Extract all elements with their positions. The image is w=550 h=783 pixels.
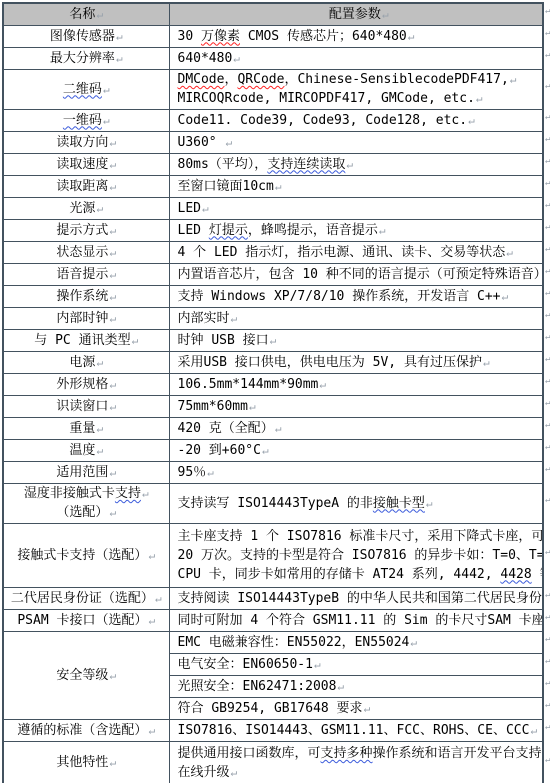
row-value: 内置语音芯片，包含 10 种不同的语言提示（可预定特殊语音）↵: [169, 263, 543, 285]
text-line: PSAM 卡接口（选配）↵: [7, 611, 166, 630]
pilcrow-mark: ↵: [262, 444, 269, 457]
pilcrow-mark: ↵: [468, 114, 475, 127]
row-end-mark: ↵: [545, 289, 550, 298]
row-label: 安全等级↵: [3, 631, 169, 719]
text-line: 420 克（全配）↵: [178, 419, 541, 438]
text-segment: LED: [178, 223, 209, 238]
row-end-mark: ↵: [545, 7, 550, 16]
text-segment: 同时可附加 4 个符合 GSM11.11 的 Sim 的卡尺寸SAM 卡座: [178, 613, 544, 628]
row-value: 主卡座支持 1 个 ISO7816 标准卡尺寸，采用下降式卡座，可使用20 万次…: [169, 523, 543, 587]
spellcheck-red-text: 万像素: [201, 29, 240, 44]
row-end-mark: ↵: [545, 245, 550, 254]
table-row: 最大分辨率↵640*480↵: [3, 47, 543, 69]
row-end-mark: ↵: [545, 29, 550, 38]
row-end-mark: ↵: [545, 113, 550, 122]
spellcheck-blue-text: 灯提示: [209, 223, 248, 238]
pilcrow-mark: ↵: [408, 30, 415, 43]
row-label: 一维码↵: [3, 109, 169, 131]
row-value: 640*480↵: [169, 47, 543, 69]
row-label: 二代居民身份证（选配）↵: [3, 587, 169, 609]
text-segment: 内部实时: [178, 311, 230, 326]
text-segment: 提示方式: [56, 223, 108, 238]
text-segment: 状态显示: [56, 245, 108, 260]
text-segment: 4 个 LED 指示灯，指示电源、通讯、读卡、交易等状态: [178, 245, 506, 260]
text-line: 安全等级↵: [7, 666, 166, 685]
text-line: 支持 Windows XP/7/8/10 操作系统，开发语言 C++↵: [178, 287, 541, 306]
text-line: 操作系统↵: [7, 287, 166, 306]
pilcrow-mark: ↵: [155, 592, 162, 605]
pilcrow-mark: ↵: [142, 487, 149, 500]
pilcrow-mark: ↵: [96, 422, 103, 435]
pilcrow-mark: ↵: [109, 506, 116, 519]
text-line: 状态显示↵: [7, 243, 166, 262]
table-row: 二维码↵DMCode，QRCode，Chinese-SensiblecodePD…: [3, 69, 543, 109]
text-line: 电气安全：EN60650-1↵: [178, 655, 541, 674]
text-line: 适用范围↵: [7, 463, 166, 482]
row-label: 图像传感器↵: [3, 25, 169, 47]
text-segment: 读取速度: [56, 157, 108, 172]
text-segment: 电源: [69, 355, 95, 370]
text-line: 读取距离↵: [7, 177, 166, 196]
pilcrow-mark: ↵: [410, 636, 417, 649]
column-header-name: 名称↵: [3, 3, 169, 25]
text-segment: 最大分辨率: [50, 51, 115, 66]
pilcrow-mark: ↵: [530, 724, 537, 737]
text-line: ISO7816、ISO14443、GSM11.11、FCC、ROHS、CE、CC…: [178, 721, 541, 740]
text-segment: 读取距离: [56, 179, 108, 194]
text-line: 遵循的标准（含选配）↵: [7, 721, 166, 740]
row-label: 提示方式↵: [3, 219, 169, 241]
row-end-mark: ↵: [545, 355, 550, 364]
row-value: 提供通用接口函数库，可支持多种操作系统和语言开发平台支持在线升级↵: [169, 741, 543, 783]
table-row: 安全等级↵EMC 电磁兼容性：EN55022，EN55024↵: [3, 631, 543, 653]
pilcrow-mark: ↵: [346, 158, 353, 171]
text-line: 提示方式↵: [7, 221, 166, 240]
text-line: 图像传感器↵: [7, 27, 166, 46]
pilcrow-mark: ↵: [270, 334, 277, 347]
text-line: LED↵: [178, 199, 541, 218]
text-line: 名称↵: [7, 5, 166, 24]
table-row: 读取速度↵80ms（平均），支持连续读取↵: [3, 153, 543, 175]
row-label: 重量↵: [3, 417, 169, 439]
text-segment: 支持阅读 ISO14443TypeB 的中华人民共和国第二代居民身份证卡: [178, 591, 544, 606]
row-value: 95％↵: [169, 461, 543, 483]
text-line: 支持阅读 ISO14443TypeB 的中华人民共和国第二代居民身份证卡↵: [178, 589, 541, 608]
text-segment: Code11. Code39, Code93, Code128, etc.: [178, 113, 468, 128]
text-line: MIRCOQRcode, MIRCOPDF417, GMCode, etc.↵: [178, 89, 541, 108]
row-end-mark: ↵: [545, 756, 550, 765]
text-segment: 95％: [178, 465, 207, 480]
row-value: ISO7816、ISO14443、GSM11.11、FCC、ROHS、CE、CC…: [169, 719, 543, 741]
text-segment: 20 万次。支持的卡型是符合 ISO7816 的异步卡如：T=0、T=1 的: [178, 548, 544, 563]
row-value: 电气安全：EN60650-1↵: [169, 653, 543, 675]
row-label: 语音提示↵: [3, 263, 169, 285]
row-label: 读取距离↵: [3, 175, 169, 197]
table-row: 二代居民身份证（选配）↵支持阅读 ISO14443TypeB 的中华人民共和国第…: [3, 587, 543, 609]
spellcheck-red-text: DMCode: [178, 72, 225, 87]
text-segment: MIRCOQRcode, MIRCOPDF417, GMCode, etc.: [178, 91, 475, 106]
table-row: 其他特性↵提供通用接口函数库，可支持多种操作系统和语言开发平台支持在线升级↵: [3, 741, 543, 783]
text-segment: 与 PC 通讯类型: [34, 333, 130, 348]
row-label: 接触式卡支持（选配）↵: [3, 523, 169, 587]
pilcrow-mark: ↵: [109, 180, 116, 193]
row-value: 同时可附加 4 个符合 GSM11.11 的 Sim 的卡尺寸SAM 卡座↵: [169, 609, 543, 631]
row-label: 光源↵: [3, 197, 169, 219]
row-label: 适用范围↵: [3, 461, 169, 483]
pilcrow-mark: ↵: [233, 52, 240, 65]
pilcrow-mark: ↵: [96, 8, 103, 21]
text-line: 内部时钟↵: [7, 309, 166, 328]
pilcrow-mark: ↵: [314, 658, 321, 671]
row-value: 420 克（全配）↵: [169, 417, 543, 439]
row-end-mark: ↵: [545, 421, 550, 430]
text-line: 至窗口镜面10cm↵: [178, 177, 541, 196]
row-end-mark: ↵: [545, 701, 550, 710]
row-label: 读取方向↵: [3, 131, 169, 153]
row-end-mark: ↵: [545, 443, 550, 452]
row-end-mark: ↵: [545, 679, 550, 688]
pilcrow-mark: ↵: [109, 312, 116, 325]
text-line: 识读窗口↵: [7, 397, 166, 416]
text-line: 106.5mm*144mm*90mm↵: [178, 375, 541, 394]
table-row: 外形规格↵106.5mm*144mm*90mm↵: [3, 373, 543, 395]
text-segment: LED: [178, 201, 201, 216]
text-segment: 至窗口镜面10cm: [178, 179, 274, 194]
row-label: 操作系统↵: [3, 285, 169, 307]
pilcrow-mark: ↵: [275, 180, 282, 193]
text-line: 外形规格↵: [7, 375, 166, 394]
pilcrow-mark: ↵: [275, 422, 282, 435]
text-segment: 配置参数: [329, 7, 381, 22]
row-value: 至窗口镜面10cm↵: [169, 175, 543, 197]
pilcrow-mark: ↵: [382, 8, 389, 21]
text-line: 采用USB 接口供电，供电电压为 5V, 具有过压保护↵: [178, 353, 541, 372]
table-row: 识读窗口↵75mm*60mm↵: [3, 395, 543, 417]
row-label: PSAM 卡接口（选配）↵: [3, 609, 169, 631]
row-value: 时钟 USB 接口↵: [169, 329, 543, 351]
text-line: 电源↵: [7, 353, 166, 372]
text-segment: 操作系统: [56, 289, 108, 304]
pilcrow-mark: ↵: [148, 724, 155, 737]
table-row: 湿度非接触式卡支持↵（选配）↵支持读写 ISO14443TypeA 的非接触卡型…: [3, 483, 543, 523]
page: { "meta": { "pilcrow": "↵", "colors": { …: [0, 0, 550, 783]
text-segment: 内置语音芯片，包含 10 种不同的语言提示（可预定特殊语音）: [178, 267, 544, 282]
table-row: 温度↵-20 到+60°C↵: [3, 439, 543, 461]
text-segment: 内部时钟: [56, 311, 108, 326]
text-line: 提供通用接口函数库，可支持多种操作系统和语言开发平台支持: [178, 744, 541, 763]
row-value: EMC 电磁兼容性：EN55022，EN55024↵: [169, 631, 543, 653]
table-row: 一维码↵Code11. Code39, Code93, Code128, etc…: [3, 109, 543, 131]
pilcrow-mark: ↵: [319, 378, 326, 391]
row-end-mark: ↵: [545, 51, 550, 60]
pilcrow-mark: ↵: [483, 356, 490, 369]
row-label: 温度↵: [3, 439, 169, 461]
text-segment: 重量: [69, 421, 95, 436]
row-end-mark: ↵: [545, 548, 550, 557]
spellcheck-red-text: QRCode: [237, 72, 284, 87]
column-header-value: 配置参数↵: [169, 3, 543, 25]
row-label: 内部时钟↵: [3, 307, 169, 329]
text-line: -20 到+60°C↵: [178, 441, 541, 460]
text-segment: 80ms（平均），: [178, 157, 268, 172]
text-line: CPU 卡，同步卡如常用的存储卡 AT24 系列, 4442, 4428 等卡型…: [178, 565, 541, 584]
row-end-mark: ↵: [545, 223, 550, 232]
pilcrow-mark: ↵: [109, 158, 116, 171]
spellcheck-blue-text: 支持多种: [321, 746, 373, 761]
text-line: 与 PC 通讯类型↵: [7, 331, 166, 350]
text-segment: 在线升级: [178, 765, 230, 780]
pilcrow-mark: ↵: [109, 756, 116, 769]
pilcrow-mark: ↵: [379, 224, 386, 237]
text-segment: 湿度非接触式卡: [24, 486, 115, 501]
row-end-mark: ↵: [545, 613, 550, 622]
text-segment: U360°: [178, 135, 225, 150]
row-value: 支持 Windows XP/7/8/10 操作系统，开发语言 C++↵: [169, 285, 543, 307]
table-row: 图像传感器↵30 万像素 CMOS 传感芯片；640*480↵: [3, 25, 543, 47]
spellcheck-blue-text: 二维码: [63, 82, 102, 97]
row-end-mark: ↵: [545, 635, 550, 644]
row-end-mark: ↵: [545, 311, 550, 320]
text-line: 内部实时↵: [178, 309, 541, 328]
table-row: 状态显示↵4 个 LED 指示灯，指示电源、通讯、读卡、交易等状态↵: [3, 241, 543, 263]
row-end-mark: ↵: [545, 201, 550, 210]
text-line: 二代居民身份证（选配）↵: [7, 589, 166, 608]
row-end-mark: ↵: [545, 399, 550, 408]
text-segment: 电气安全：EN60650-1: [178, 657, 313, 672]
text-segment: 支持 Windows XP/7/8/10 操作系统，开发语言 C++: [178, 289, 501, 304]
pilcrow-mark: ↵: [207, 466, 214, 479]
row-end-mark: ↵: [545, 267, 550, 276]
row-value: LED↵: [169, 197, 543, 219]
pilcrow-mark: ↵: [109, 669, 116, 682]
text-segment: 接触式卡支持（选配）: [17, 548, 147, 563]
table-row: 读取方向↵U360° ↵: [3, 131, 543, 153]
row-value: 光照安全：EN62471:2008↵: [169, 675, 543, 697]
row-end-mark: ↵: [545, 179, 550, 188]
pilcrow-mark: ↵: [96, 356, 103, 369]
table-row: 内部时钟↵内部实时↵: [3, 307, 543, 329]
table-row: 重量↵420 克（全配）↵: [3, 417, 543, 439]
row-end-mark: ↵: [545, 135, 550, 144]
text-line: 30 万像素 CMOS 传感芯片；640*480↵: [178, 27, 541, 46]
table-row: 操作系统↵支持 Windows XP/7/8/10 操作系统，开发语言 C++↵: [3, 285, 543, 307]
text-line: 内置语音芯片，包含 10 种不同的语言提示（可预定特殊语音）↵: [178, 265, 541, 284]
pilcrow-mark: ↵: [109, 378, 116, 391]
text-line: 主卡座支持 1 个 ISO7816 标准卡尺寸，采用下降式卡座，可使用: [178, 527, 541, 546]
table-row: 光源↵LED↵: [3, 197, 543, 219]
text-segment: 温度: [69, 443, 95, 458]
text-segment: 时钟 USB 接口: [178, 333, 269, 348]
document-page: 名称↵配置参数↵图像传感器↵30 万像素 CMOS 传感芯片；640*480↵最…: [0, 0, 550, 783]
pilcrow-mark: ↵: [132, 334, 139, 347]
text-line: 湿度非接触式卡支持↵: [7, 484, 166, 503]
text-segment: 操作系统和语言开发平台支持: [373, 746, 542, 761]
text-line: 配置参数↵: [178, 5, 541, 24]
row-value: 支持读写 ISO14443TypeA 的非接触卡型↵: [169, 483, 543, 523]
text-line: 语音提示↵: [7, 265, 166, 284]
row-label: 二维码↵: [3, 69, 169, 109]
table-row: 电源↵采用USB 接口供电，供电电压为 5V, 具有过压保护↵: [3, 351, 543, 373]
pilcrow-mark: ↵: [149, 614, 156, 627]
pilcrow-mark: ↵: [337, 680, 344, 693]
pilcrow-mark: ↵: [109, 136, 116, 149]
table-row: 适用范围↵95％↵: [3, 461, 543, 483]
spellcheck-blue-text: 接触卡型: [373, 496, 425, 511]
row-value: 符合 GB9254, GB17648 要求↵: [169, 697, 543, 719]
row-value: 106.5mm*144mm*90mm↵: [169, 373, 543, 395]
row-end-mark: ↵: [545, 723, 550, 732]
table-row: 接触式卡支持（选配）↵主卡座支持 1 个 ISO7816 标准卡尺寸，采用下降式…: [3, 523, 543, 587]
pilcrow-mark: ↵: [476, 92, 483, 105]
spec-table-body: 名称↵配置参数↵图像传感器↵30 万像素 CMOS 传感芯片；640*480↵最…: [3, 3, 543, 783]
spellcheck-blue-text: 支持: [115, 486, 141, 501]
row-end-mark: ↵: [545, 82, 550, 91]
text-segment: 图像传感器: [50, 29, 115, 44]
pilcrow-mark: ↵: [109, 466, 116, 479]
row-value: 30 万像素 CMOS 传感芯片；640*480↵: [169, 25, 543, 47]
pilcrow-mark: ↵: [506, 246, 513, 259]
row-value: 80ms（平均），支持连续读取↵: [169, 153, 543, 175]
pilcrow-mark: ↵: [364, 702, 371, 715]
text-line: 95％↵: [178, 463, 541, 482]
text-segment: 提供通用接口函数库，可: [178, 746, 321, 761]
text-segment: 适用范围: [56, 465, 108, 480]
pilcrow-mark: ↵: [502, 290, 509, 303]
pilcrow-mark: ↵: [103, 114, 110, 127]
row-label: 最大分辨率↵: [3, 47, 169, 69]
spellcheck-blue-text: 支持连续读取: [267, 157, 345, 172]
row-end-mark: ↵: [545, 377, 550, 386]
row-value: DMCode，QRCode，Chinese-SensiblecodePDF417…: [169, 69, 543, 109]
text-line: DMCode，QRCode，Chinese-SensiblecodePDF417…: [178, 70, 541, 89]
pilcrow-mark: ↵: [202, 202, 209, 215]
row-value: Code11. Code39, Code93, Code128, etc.↵: [169, 109, 543, 131]
text-line: U360° ↵: [178, 133, 541, 152]
text-segment: 名称: [69, 7, 95, 22]
row-end-mark: ↵: [545, 496, 550, 505]
text-segment: 语音提示: [56, 267, 108, 282]
header-row: 名称↵配置参数↵: [3, 3, 543, 25]
row-label: 状态显示↵: [3, 241, 169, 263]
row-end-mark: ↵: [545, 657, 550, 666]
row-label: 遵循的标准（含选配）↵: [3, 719, 169, 741]
text-line: 同时可附加 4 个符合 GSM11.11 的 Sim 的卡尺寸SAM 卡座↵: [178, 611, 541, 630]
text-segment: 30: [178, 29, 201, 44]
pilcrow-mark: ↵: [116, 30, 123, 43]
row-label: 湿度非接触式卡支持↵（选配）↵: [3, 483, 169, 523]
row-label: 识读窗口↵: [3, 395, 169, 417]
row-value: 采用USB 接口供电，供电电压为 5V, 具有过压保护↵: [169, 351, 543, 373]
table-row: 与 PC 通讯类型↵时钟 USB 接口↵: [3, 329, 543, 351]
text-line: Code11. Code39, Code93, Code128, etc.↵: [178, 111, 541, 130]
text-line: 4 个 LED 指示灯，指示电源、通讯、读卡、交易等状态↵: [178, 243, 541, 262]
text-segment: 读取方向: [56, 135, 108, 150]
text-segment: 其他特性: [56, 755, 108, 770]
text-line: 读取速度↵: [7, 155, 166, 174]
text-segment: PSAM 卡接口（选配）: [17, 613, 147, 628]
pilcrow-mark: ↵: [103, 83, 110, 96]
pilcrow-mark: ↵: [510, 73, 517, 86]
text-line: 80ms（平均），支持连续读取↵: [178, 155, 541, 174]
pilcrow-mark: ↵: [96, 444, 103, 457]
text-segment: CPU 卡，同步卡如常用的存储卡 AT24 系列, 4442,: [178, 567, 501, 582]
text-line: 一维码↵: [7, 111, 166, 130]
text-segment: ，Chinese-SensiblecodePDF417,: [284, 72, 508, 87]
row-label: 与 PC 通讯类型↵: [3, 329, 169, 351]
row-end-mark: ↵: [545, 465, 550, 474]
text-segment: EMC 电磁兼容性：EN55022，EN55024: [178, 635, 410, 650]
pilcrow-mark: ↵: [109, 290, 116, 303]
row-value: U360° ↵: [169, 131, 543, 153]
row-value: 内部实时↵: [169, 307, 543, 329]
row-end-mark: ↵: [545, 591, 550, 600]
text-segment: 采用USB 接口供电，供电电压为 5V, 具有过压保护: [178, 355, 482, 370]
text-segment: 420 克（全配）: [178, 421, 274, 436]
row-label: 电源↵: [3, 351, 169, 373]
text-segment: CMOS 传感芯片；640*480: [240, 29, 407, 44]
text-line: 640*480↵: [178, 49, 541, 68]
text-segment: 等卡型: [532, 567, 543, 582]
pilcrow-mark: ↵: [96, 202, 103, 215]
text-segment: 支持读写 ISO14443TypeA 的非: [178, 496, 373, 511]
text-line: 接触式卡支持（选配）↵: [7, 546, 166, 565]
text-line: 75mm*60mm↵: [178, 397, 541, 416]
spec-table: 名称↵配置参数↵图像传感器↵30 万像素 CMOS 传感芯片；640*480↵最…: [2, 2, 544, 783]
row-label: 读取速度↵: [3, 153, 169, 175]
spellcheck-blue-text: 一维码: [63, 113, 102, 128]
text-segment: ，蜂鸣提示，语音提示: [248, 223, 378, 238]
text-line: 光照安全：EN62471:2008↵: [178, 677, 541, 696]
text-line: 重量↵: [7, 419, 166, 438]
text-segment: 光照安全：EN62471:2008: [178, 679, 337, 694]
text-line: 时钟 USB 接口↵: [178, 331, 541, 350]
text-segment: 安全等级: [56, 668, 108, 683]
row-value: 75mm*60mm↵: [169, 395, 543, 417]
text-line: 支持读写 ISO14443TypeA 的非接触卡型↵: [178, 494, 541, 513]
table-row: PSAM 卡接口（选配）↵同时可附加 4 个符合 GSM11.11 的 Sim …: [3, 609, 543, 631]
pilcrow-mark: ↵: [109, 400, 116, 413]
text-line: 光源↵: [7, 199, 166, 218]
pilcrow-mark: ↵: [116, 52, 123, 65]
pilcrow-mark: ↵: [109, 246, 116, 259]
text-line: 温度↵: [7, 441, 166, 460]
pilcrow-mark: ↵: [109, 268, 116, 281]
text-segment: 主卡座支持 1 个 ISO7816 标准卡尺寸，采用下降式卡座，可使用: [178, 529, 544, 544]
pilcrow-mark: ↵: [231, 766, 238, 779]
text-line: 符合 GB9254, GB17648 要求↵: [178, 699, 541, 718]
text-segment: 二代居民身份证（选配）: [11, 591, 154, 606]
row-value: LED 灯提示，蜂鸣提示，语音提示↵: [169, 219, 543, 241]
row-end-mark: ↵: [545, 333, 550, 342]
text-segment: -20 到+60°C: [178, 443, 261, 458]
table-row: 提示方式↵LED 灯提示，蜂鸣提示，语音提示↵: [3, 219, 543, 241]
pilcrow-mark: ↵: [109, 224, 116, 237]
text-segment: ISO7816、ISO14443、GSM11.11、FCC、ROHS、CE、CC…: [178, 723, 530, 738]
pilcrow-mark: ↵: [426, 497, 433, 510]
text-segment: 外形规格: [56, 377, 108, 392]
text-line: 读取方向↵: [7, 133, 166, 152]
row-value: 支持阅读 ISO14443TypeB 的中华人民共和国第二代居民身份证卡↵: [169, 587, 543, 609]
spellcheck-blue-text: 4428: [500, 567, 531, 582]
row-value: 4 个 LED 指示灯，指示电源、通讯、读卡、交易等状态↵: [169, 241, 543, 263]
text-segment: （选配）: [56, 505, 108, 520]
text-segment: ，: [224, 72, 237, 87]
text-line: 二维码↵: [7, 80, 166, 99]
text-line: 其他特性↵: [7, 753, 166, 772]
text-segment: 光源: [69, 201, 95, 216]
text-segment: 640*480: [178, 51, 233, 66]
text-line: （选配）↵: [7, 503, 166, 522]
